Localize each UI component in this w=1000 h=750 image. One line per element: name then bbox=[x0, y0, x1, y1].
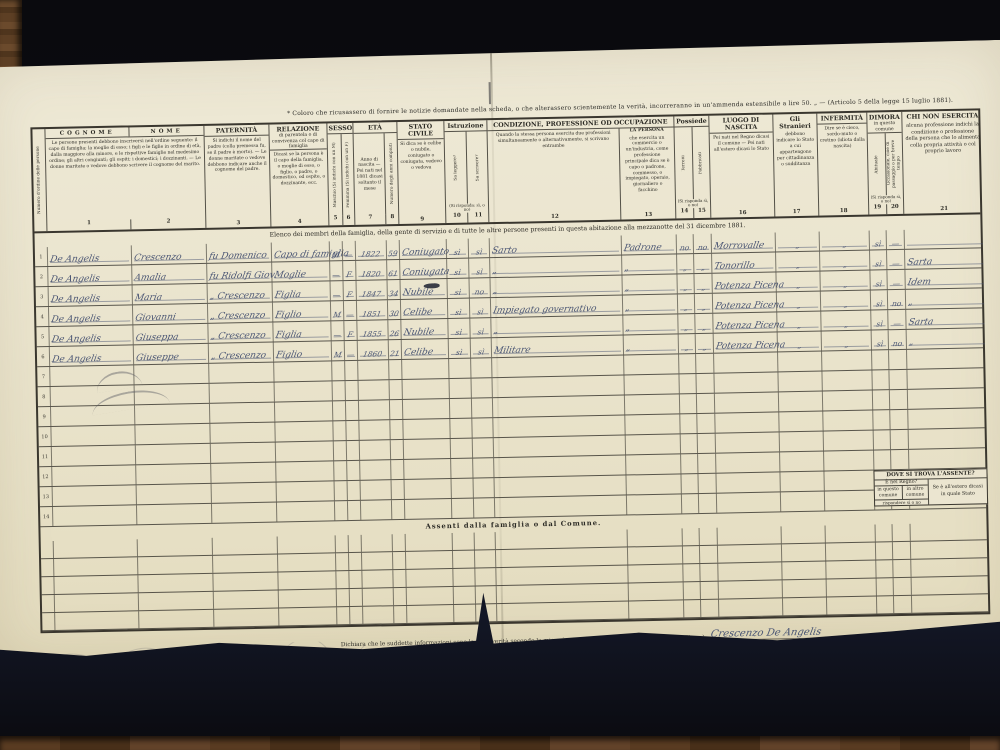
sesso-title: SESSO bbox=[327, 123, 352, 135]
cell-nome: Giuseppa bbox=[133, 324, 208, 345]
cell-row-number: 4 bbox=[36, 307, 49, 326]
wood-table-edge-bottom bbox=[0, 736, 1000, 750]
cell-sesso-f: — bbox=[344, 301, 357, 320]
cell-infermita: „ bbox=[820, 251, 870, 271]
cell-infermita bbox=[824, 471, 874, 491]
cell-condizione bbox=[494, 455, 626, 477]
cell-sesso-m bbox=[337, 607, 350, 624]
cell-sesso-f bbox=[347, 461, 360, 480]
cell-stranieri: „ bbox=[777, 292, 821, 312]
cell-terreni bbox=[684, 582, 701, 599]
col-num-11: 11 bbox=[468, 212, 489, 222]
cell-fabbricati: „ bbox=[695, 294, 713, 313]
cell-terreni: „ bbox=[678, 294, 695, 313]
cell-stato-civile: Nubile bbox=[401, 319, 448, 339]
cell-sesso-f bbox=[346, 421, 359, 440]
luogo-note: Pei nati nel Regno dicasi il comune — Pe… bbox=[710, 133, 775, 211]
cell-nome bbox=[139, 610, 214, 629]
rows-assenti bbox=[41, 522, 989, 631]
cell-dimora-occasionale bbox=[890, 410, 908, 429]
cell-sa-scrivere bbox=[474, 498, 495, 517]
cell-row-number: 6 bbox=[37, 347, 50, 366]
cell-fabbricati bbox=[699, 494, 717, 513]
cell-anni-compiuti bbox=[390, 380, 403, 399]
cell-sesso-m bbox=[334, 461, 347, 480]
cell-anno-nascita: 1847 bbox=[357, 280, 388, 300]
cell-sesso-f bbox=[349, 535, 362, 552]
cell-relazione: Figlio bbox=[273, 301, 331, 321]
cell-condizione bbox=[496, 565, 628, 585]
cell-stranieri: „ bbox=[776, 232, 820, 252]
cell-relazione: Figlia bbox=[273, 321, 331, 341]
cell-row-number: 14 bbox=[40, 507, 53, 526]
cell-condizione bbox=[493, 415, 625, 437]
cell-sesso-f bbox=[346, 401, 359, 420]
cell-dimora-occasionale: no bbox=[888, 290, 906, 309]
cell-stato-civile bbox=[402, 359, 449, 379]
cell-terreni bbox=[679, 354, 696, 373]
istruzione-title: Istruzione bbox=[444, 120, 486, 132]
assente-estero-note: Se è all'estero dicasi in quale Stato bbox=[929, 478, 987, 504]
cell-chi-non-esercita bbox=[907, 348, 987, 369]
cell-stato-civile bbox=[406, 551, 453, 569]
census-table: Numero d'ordine delle persone COGNOME NO… bbox=[30, 108, 990, 633]
cell-luogo-nascita: Potenza Picena bbox=[713, 292, 777, 312]
col-num-17: 17 bbox=[775, 209, 818, 217]
cell-sa-scrivere: sì bbox=[471, 338, 492, 357]
cell-la-persona bbox=[628, 528, 683, 546]
cell-stato-civile bbox=[404, 439, 451, 459]
census-sheet-1881: * Coloro che ricusassero di fornire le n… bbox=[0, 40, 1000, 666]
cell-cognome bbox=[52, 445, 136, 466]
col-num-15: 15 bbox=[693, 208, 711, 218]
cell-sa-scrivere: sì bbox=[470, 298, 491, 317]
cell-luogo-nascita bbox=[719, 598, 783, 616]
declaration-text: Dichiara che le suddette informazioni so… bbox=[341, 635, 707, 648]
cell-dimora-occasionale: — bbox=[887, 230, 905, 249]
cell-sesso-m bbox=[335, 481, 348, 500]
cell-relazione: Figlia bbox=[273, 281, 331, 301]
cell-anno-nascita bbox=[359, 380, 390, 400]
cell-terreni bbox=[681, 434, 698, 453]
cell-infermita bbox=[827, 596, 877, 614]
cell-stranieri: „ bbox=[778, 332, 822, 352]
col-num-16: 16 bbox=[711, 209, 774, 217]
cell-sa-leggere bbox=[450, 419, 472, 438]
col-num-1: 1 bbox=[47, 219, 131, 231]
cell-relazione bbox=[278, 553, 336, 571]
cell-la-persona: Padrone bbox=[622, 234, 677, 254]
sa-scrivere-label: Sa scrivere? bbox=[475, 154, 481, 181]
cell-row-number: 3 bbox=[36, 287, 49, 306]
cell-dimora-occasionale bbox=[889, 370, 907, 389]
cell-dimora-abituale bbox=[876, 560, 893, 577]
cell-luogo-nascita bbox=[716, 452, 780, 472]
cell-stranieri: „ bbox=[776, 252, 820, 272]
cell-paternita bbox=[209, 363, 274, 383]
stranieri-note: debbono indicare lo Stato a cui apparten… bbox=[774, 130, 819, 209]
cell-dimora-occasionale: — bbox=[887, 250, 905, 269]
cell-anno-nascita bbox=[360, 440, 391, 460]
cell-sesso-f bbox=[348, 481, 361, 500]
col-num-5: 5 bbox=[329, 215, 342, 225]
cell-sa-scrivere bbox=[473, 458, 494, 477]
cell-anni-compiuti bbox=[390, 420, 403, 439]
cell-dimora-abituale: sì bbox=[871, 310, 888, 329]
stranieri-title: Gli Stranieri bbox=[773, 114, 816, 131]
cell-stato-civile bbox=[405, 479, 452, 499]
cell-la-persona bbox=[628, 546, 683, 564]
cell-stato-civile: Nubile bbox=[401, 279, 448, 299]
cell-stato-civile bbox=[403, 419, 450, 439]
cell-luogo-nascita bbox=[715, 412, 779, 432]
cell-paternita bbox=[212, 483, 277, 503]
cell-infermita bbox=[824, 451, 874, 471]
cell-anno-nascita bbox=[363, 606, 394, 624]
cell-anno-nascita bbox=[361, 500, 392, 520]
cell-dimora-occasionale bbox=[890, 390, 908, 409]
cell-fabbricati bbox=[697, 414, 715, 433]
col-num-20: 20 bbox=[886, 204, 904, 214]
cell-stato-civile bbox=[404, 459, 451, 479]
cell-fabbricati bbox=[698, 474, 716, 493]
cell-sa-leggere: sì bbox=[449, 339, 471, 358]
column-header-stranieri: Gli Stranieri debbono indicare lo Stato … bbox=[773, 114, 819, 217]
cell-stranieri bbox=[781, 492, 825, 512]
cell-fabbricati: „ bbox=[694, 274, 712, 293]
cell-dimora-occasionale: no bbox=[889, 330, 907, 349]
col-num-21: 21 bbox=[904, 205, 984, 214]
cell-stranieri bbox=[780, 472, 824, 492]
infermita-note: Dire se è cieco, sordo-muto o cretino (i… bbox=[817, 124, 868, 209]
cell-fabbricati: „ bbox=[695, 314, 713, 333]
cell-nome bbox=[137, 504, 212, 525]
cell-sa-leggere bbox=[452, 479, 474, 498]
cell-luogo-nascita: Potenza Picena bbox=[713, 312, 777, 332]
cell-dimora-abituale bbox=[876, 542, 893, 559]
column-header-chi-non-esercita: CHI NON ESERCITA alcuna professione indi… bbox=[902, 110, 984, 214]
cell-sesso-m bbox=[336, 571, 349, 588]
cell-anno-nascita bbox=[362, 570, 393, 588]
cell-paternita: „ Crescenzo bbox=[208, 323, 273, 343]
cell-row-number: 5 bbox=[36, 327, 49, 346]
cell-stato-civile: Coniugato bbox=[400, 239, 447, 259]
cell-sesso-f bbox=[346, 381, 359, 400]
cell-luogo-nascita bbox=[718, 544, 782, 562]
assente-location-box: DOVE SI TROVA L'ASSENTE? È nel Regno? in… bbox=[873, 468, 988, 506]
cell-infermita: „ bbox=[820, 271, 870, 291]
cell-sa-scrivere bbox=[472, 378, 493, 397]
cell-la-persona bbox=[624, 374, 679, 394]
cell-sesso-m: M bbox=[332, 341, 345, 360]
cell-paternita bbox=[214, 590, 279, 608]
column-header-istruzione: Istruzione Sa leggere? Sa scrivere? (Si … bbox=[444, 120, 489, 223]
col-num-7: 7 bbox=[355, 214, 385, 225]
column-header-possiede: Possiede Terreni Fabbricati (Si risponda… bbox=[674, 116, 711, 219]
cell-anno-nascita bbox=[359, 420, 390, 440]
cell-sesso-m bbox=[333, 421, 346, 440]
cell-paternita: „ Crescenzo bbox=[208, 303, 273, 323]
cell-condizione: „ bbox=[490, 256, 622, 278]
abituale-label: Abituale bbox=[874, 155, 880, 173]
cell-nome bbox=[139, 592, 214, 611]
cell-infermita bbox=[822, 371, 872, 391]
cell-luogo-nascita: Potenza Picena bbox=[712, 272, 776, 292]
cognome-title: COGNOME bbox=[45, 127, 129, 138]
cell-sa-scrivere: sì bbox=[469, 258, 490, 277]
cell-cognome bbox=[53, 485, 137, 506]
cell-nome: Giovanni bbox=[133, 304, 208, 325]
col-num-4: 4 bbox=[271, 218, 328, 226]
cell-sa-scrivere bbox=[471, 358, 492, 377]
cell-sesso-f: — bbox=[343, 241, 356, 260]
cell-infermita: „ bbox=[821, 291, 871, 311]
cell-sa-leggere bbox=[449, 359, 471, 378]
cell-fabbricati bbox=[696, 354, 714, 373]
cell-nome: Amalia bbox=[132, 264, 207, 285]
assente-altro-comune: in altro comune bbox=[901, 485, 928, 499]
cell-stato-civile bbox=[403, 379, 450, 399]
cell-paternita bbox=[210, 423, 275, 443]
cell-stranieri bbox=[780, 432, 824, 452]
cell-paternita bbox=[213, 536, 278, 554]
cell-luogo-nascita: Potenza Picena bbox=[714, 332, 778, 352]
cell-stato-civile bbox=[406, 533, 453, 551]
occasionale-label: Occasionale, cioè di passaggio o per bre… bbox=[886, 134, 903, 193]
cell-cognome bbox=[51, 425, 135, 446]
fold-crease-mark bbox=[489, 82, 491, 104]
cell-chi-non-esercita: Sarta bbox=[905, 248, 985, 269]
col-num-19: 19 bbox=[869, 204, 886, 214]
cell-nome: Crescenzo bbox=[132, 244, 207, 265]
luogo-title: LUOGO DI NASCITA bbox=[709, 114, 772, 134]
cell-sesso-m bbox=[335, 501, 348, 520]
cell-row-number bbox=[42, 613, 55, 630]
cell-infermita bbox=[823, 411, 873, 431]
cell-luogo-nascita: Tonorillo bbox=[712, 252, 776, 272]
col-num-18: 18 bbox=[819, 208, 868, 216]
cell-nome bbox=[138, 574, 213, 593]
cell-paternita bbox=[212, 503, 277, 523]
cell-la-persona bbox=[624, 354, 679, 374]
cell-terreni bbox=[680, 414, 697, 433]
column-header-sesso: SESSO Maschio (Si indichi con un M) Femm… bbox=[327, 123, 355, 226]
cell-cognome: De Angelis bbox=[48, 265, 132, 286]
cell-sa-scrivere: sì bbox=[470, 318, 491, 337]
cell-chi-non-esercita bbox=[912, 576, 992, 595]
cell-nome bbox=[138, 556, 213, 575]
cell-condizione bbox=[493, 396, 625, 418]
cell-infermita bbox=[827, 578, 877, 596]
cell-infermita bbox=[826, 560, 876, 578]
cell-anni-compiuti bbox=[392, 500, 405, 519]
cell-row-number: 7 bbox=[37, 367, 50, 386]
cell-stato-civile bbox=[407, 605, 454, 623]
cell-sesso-f bbox=[349, 571, 362, 588]
cell-sa-leggere: sì bbox=[448, 299, 470, 318]
cell-anno-nascita bbox=[363, 588, 394, 606]
cell-row-number: 2 bbox=[35, 267, 48, 286]
cell-sesso-f bbox=[347, 441, 360, 460]
cell-relazione bbox=[276, 461, 334, 481]
cell-terreni bbox=[684, 600, 701, 617]
col-num-3: 3 bbox=[206, 220, 270, 228]
col-num-8: 8 bbox=[385, 214, 398, 224]
cell-sa-leggere: sì bbox=[447, 239, 469, 258]
cell-luogo-nascita bbox=[719, 580, 783, 598]
cell-infermita: „ bbox=[820, 231, 870, 251]
cell-sa-leggere bbox=[453, 569, 475, 586]
terreni-label: Terreni bbox=[681, 155, 686, 171]
cell-sesso-f bbox=[345, 361, 358, 380]
cell-stranieri bbox=[782, 526, 826, 544]
cell-stato-civile: Celibe bbox=[402, 339, 449, 359]
cell-sa-leggere bbox=[451, 459, 473, 478]
cell-dimora-abituale: sì bbox=[870, 250, 887, 269]
cell-condizione bbox=[497, 583, 629, 603]
cell-dimora-abituale bbox=[874, 450, 891, 469]
stato-civile-title: STATO CIVILE bbox=[397, 121, 443, 140]
femmina-label: Femmina (Si indichi con un F) bbox=[344, 142, 350, 208]
cell-stranieri bbox=[778, 352, 822, 372]
cell-sesso-m: M bbox=[331, 301, 344, 320]
cell-chi-non-esercita bbox=[912, 594, 992, 613]
cell-chi-non-esercita: Sarta bbox=[906, 308, 986, 329]
cell-paternita: „ Crescenzo bbox=[209, 343, 274, 363]
cell-luogo-nascita bbox=[718, 562, 782, 580]
cell-row-number bbox=[41, 559, 54, 576]
cell-fabbricati bbox=[701, 582, 719, 599]
cell-stato-civile bbox=[403, 399, 450, 419]
photo-backdrop: * Coloro che ricusassero di fornire le n… bbox=[0, 0, 1000, 750]
cell-sesso-f: — bbox=[345, 341, 358, 360]
cell-relazione: Moglie bbox=[272, 261, 330, 281]
column-header-cognome-nome: COGNOME NOME Le persone presenti debbono… bbox=[45, 126, 206, 231]
cell-stranieri: „ bbox=[777, 312, 821, 332]
cell-sesso-m: — bbox=[330, 261, 343, 280]
cell-anno-nascita bbox=[361, 480, 392, 500]
cell-paternita: „ Crescenzo bbox=[208, 283, 273, 303]
cell-terreni: no bbox=[677, 234, 694, 253]
cell-fabbricati bbox=[696, 374, 714, 393]
cell-condizione bbox=[495, 475, 627, 497]
cell-condizione: Impiegato governativo bbox=[491, 296, 623, 318]
anno-nascita-note: Anno di nascita — Pei nati nel 1881 dica… bbox=[354, 155, 385, 194]
column-header-dimora: DIMORA in questo comune Abituale Occasio… bbox=[867, 112, 904, 215]
cell-anno-nascita: 1860 bbox=[358, 340, 389, 360]
cell-anni-compiuti bbox=[390, 400, 403, 419]
cell-dimora-abituale bbox=[877, 578, 894, 595]
cell-infermita bbox=[825, 491, 875, 511]
cell-infermita bbox=[826, 524, 876, 542]
cell-cognome: De Angelis bbox=[49, 325, 133, 346]
cell-dimora-abituale: sì bbox=[872, 330, 889, 349]
cell-paternita bbox=[213, 554, 278, 572]
cell-sa-scrivere bbox=[476, 604, 497, 621]
cell-anni-compiuti: 21 bbox=[389, 340, 402, 359]
cell-cognome bbox=[54, 557, 138, 576]
cell-paternita: fu Ridolfi Giov. bbox=[207, 263, 272, 283]
cell-terreni bbox=[683, 564, 700, 581]
cell-row-number: 13 bbox=[40, 487, 53, 506]
cell-chi-non-esercita bbox=[907, 368, 987, 389]
cell-condizione bbox=[494, 435, 626, 457]
cell-infermita bbox=[826, 542, 876, 560]
cell-row-number: 11 bbox=[39, 447, 52, 466]
cell-luogo-nascita bbox=[714, 352, 778, 372]
cell-la-persona bbox=[626, 434, 681, 454]
cell-dimora-occasionale bbox=[889, 350, 907, 369]
cell-anni-compiuti: 59 bbox=[387, 240, 400, 259]
cell-fabbricati bbox=[700, 528, 718, 545]
cell-la-persona bbox=[629, 600, 684, 618]
cell-anno-nascita: 1851 bbox=[357, 300, 388, 320]
cell-anni-compiuti bbox=[389, 360, 402, 379]
cell-cognome bbox=[54, 539, 138, 558]
cell-dimora-abituale bbox=[872, 350, 889, 369]
cell-dimora-abituale bbox=[874, 430, 891, 449]
cell-la-persona: „ bbox=[623, 314, 678, 334]
cell-anno-nascita bbox=[362, 534, 393, 552]
cell-condizione bbox=[493, 376, 625, 398]
cell-condizione bbox=[496, 547, 628, 567]
cell-luogo-nascita bbox=[718, 526, 782, 544]
cell-cognome bbox=[55, 593, 139, 612]
cell-sesso-f: F bbox=[344, 321, 357, 340]
cell-sesso-m bbox=[333, 381, 346, 400]
cell-sesso-f bbox=[350, 607, 363, 624]
cell-dimora-abituale bbox=[873, 410, 890, 429]
cell-relazione bbox=[275, 421, 333, 441]
assente-risposta-note: rispondere sì o no bbox=[875, 498, 928, 505]
cell-condizione bbox=[495, 495, 627, 517]
cell-luogo-nascita bbox=[716, 472, 780, 492]
cell-la-persona: „ bbox=[624, 334, 679, 354]
cell-dimora-abituale: sì bbox=[871, 290, 888, 309]
cell-terreni: „ bbox=[678, 314, 695, 333]
cell-stranieri bbox=[779, 412, 823, 432]
cell-stato-civile bbox=[407, 587, 454, 605]
cell-cognome: De Angelis bbox=[49, 285, 133, 306]
cell-row-number bbox=[41, 577, 54, 594]
cell-stato-civile: Celibe bbox=[401, 299, 448, 319]
cell-anni-compiuti: 61 bbox=[387, 260, 400, 279]
cell-infermita bbox=[824, 431, 874, 451]
cell-dimora-occasionale: — bbox=[888, 310, 906, 329]
cell-infermita: „ bbox=[821, 311, 871, 331]
cell-la-persona: „ bbox=[622, 254, 677, 274]
cell-anno-nascita bbox=[359, 400, 390, 420]
cell-nome bbox=[134, 364, 209, 385]
cell-chi-non-esercita bbox=[911, 522, 991, 541]
cell-terreni bbox=[682, 494, 699, 513]
cell-sesso-f bbox=[348, 501, 361, 520]
cell-chi-non-esercita: „ bbox=[906, 288, 986, 309]
cell-row-number bbox=[41, 541, 54, 558]
la-persona-note: che esercita un commercio o un'industria… bbox=[620, 133, 675, 213]
cell-relazione bbox=[275, 381, 333, 401]
maschio-label: Maschio (Si indichi con un M) bbox=[331, 142, 337, 207]
cell-terreni: „ bbox=[679, 334, 696, 353]
cell-sesso-f: F bbox=[344, 281, 357, 300]
cell-stranieri bbox=[782, 543, 826, 561]
cell-chi-non-esercita bbox=[905, 228, 985, 249]
cell-cognome bbox=[52, 465, 136, 486]
cell-sa-leggere: sì bbox=[447, 259, 469, 278]
cell-la-persona bbox=[627, 494, 682, 514]
stato-civile-note: Si dica se è celibe o nubile, coniugato … bbox=[398, 140, 446, 217]
cell-anni-compiuti bbox=[392, 480, 405, 499]
